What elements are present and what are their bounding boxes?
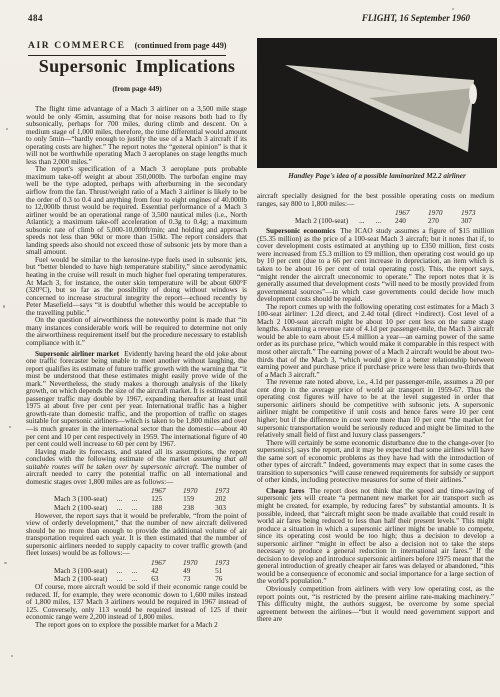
row-label-cell: Mach 3 (100-seat) ... ... (54, 495, 151, 503)
value-cell: 202 (215, 495, 247, 503)
row-label: Mach 3 (100-seat) (54, 495, 107, 503)
section-header: AIR COMMERCE (continued from page 449) (28, 35, 226, 56)
row-label-cell: Mach 2 (100-seat) ... ... (54, 504, 151, 512)
scan-speckle (11, 655, 13, 657)
table-row: Mach 3 (100-seat) ... ... 125 159 202 (54, 495, 247, 503)
aircraft-market-table-1: 1967 1970 1973 Mach 3 (100-seat) ... ...… (26, 487, 247, 511)
value-cell: 42 (151, 567, 183, 575)
para-forecasts: Having made its forecasts, and stated al… (26, 449, 247, 487)
row-label-cell: Mach 2 (100-seat) ... ... (295, 217, 395, 225)
para-rate-making: Obviously competition from airliners wit… (257, 586, 494, 624)
value-cell: 188 (151, 504, 183, 512)
para-orderly-development: However, the report says that it would b… (26, 513, 247, 558)
table-year-header: 1967 1970 1973 (54, 559, 247, 567)
leader-dots: ... (117, 575, 122, 583)
table-spacer (54, 487, 151, 495)
magazine-page: 484 FLIGHT, 16 September 1960 AIR COMMER… (0, 0, 500, 697)
year-label: 1970 (183, 559, 215, 567)
leader-dots: ... (117, 495, 122, 503)
value-cell: 303 (215, 504, 247, 512)
row-label: Mach 2 (100-seat) (54, 504, 107, 512)
scan-speckle (4, 562, 7, 564)
year-label: 1973 (215, 559, 247, 567)
leader-dots: ... (359, 217, 364, 225)
value-cell: 240 (395, 217, 428, 225)
left-column: The flight time advantage of a Mach 3 ai… (26, 106, 247, 629)
para-fuel: Fuel would be similar to the kerosine-ty… (26, 257, 247, 317)
table-row: Mach 3 (100-seat) ... ... 42 49 51 (54, 567, 247, 575)
table-year-header: 1967 1970 1973 (295, 209, 494, 217)
scan-speckle (3, 305, 5, 308)
right-column: aircraft specially designed for the best… (257, 193, 494, 624)
year-label: 1973 (461, 209, 494, 217)
running-head: 484 FLIGHT, 16 September 1960 (28, 13, 470, 23)
row-label: Mach 2 (100-seat) (54, 575, 107, 583)
table-year-header: 1967 1970 1973 (54, 487, 247, 495)
leader-dots: ... (117, 504, 122, 512)
table-spacer (295, 209, 395, 217)
para-text: Evidently having heard the old joke abou… (26, 350, 247, 449)
table-row: Mach 2 (100-seat) ... ... 63 73 76 (54, 575, 247, 583)
year-label: 1970 (183, 487, 215, 495)
leader-dots: ... (376, 217, 381, 225)
value-cell: 159 (183, 495, 215, 503)
value-cell: 307 (461, 217, 494, 225)
year-label: 1970 (428, 209, 461, 217)
value-cell: 49 (183, 567, 215, 575)
para-operating-cost-estimates: The report comes up with the following o… (257, 304, 494, 379)
table-spacer (54, 559, 151, 567)
para-flight-time: The flight time advantage of a Mach 3 ai… (26, 106, 247, 166)
para-cheap-fares: Cheap faresThe report does not think tha… (257, 488, 494, 586)
row-label-cell: Mach 3 (100-seat) ... ... (54, 567, 151, 575)
para-medium-ranges: aircraft specially designed for the best… (257, 193, 494, 208)
leader-dots: ... (132, 575, 137, 583)
leader-dots: ... (132, 504, 137, 512)
scan-speckle (6, 128, 8, 130)
value-cell: 270 (428, 217, 461, 225)
scan-speckle (452, 8, 454, 10)
para-supersonic-airliner-market: Supersonic airliner marketEvidently havi… (26, 351, 247, 449)
leader-dots: ... (117, 567, 122, 575)
para-text: The ICAO study assumes a figure of $15 m… (257, 227, 494, 303)
para-airworthiness: On the question of airworthiness the not… (26, 317, 247, 347)
year-label: 1973 (215, 487, 247, 495)
para-continuation-lead: The report goes on to explore the possib… (26, 622, 247, 630)
year-label: 1967 (395, 209, 428, 217)
article-subtitle: (from page 449) (26, 84, 248, 93)
para-revenue-rate: The revenue rate noted above, i.e., 4.1d… (257, 379, 494, 439)
page-number: 484 (28, 13, 43, 23)
row-label: Mach 3 (100-seat) (54, 567, 107, 575)
journal-date: FLIGHT, 16 September 1960 (362, 13, 470, 23)
leader-dots: ... (132, 567, 137, 575)
aircraft-market-table-3: 1967 1970 1973 Mach 2 (100-seat) ... ...… (257, 209, 494, 225)
para-economic-range: Of course, more aircraft would be sold i… (26, 584, 247, 622)
table-row: Mach 2 (100-seat) ... ... 188 238 303 (54, 504, 247, 512)
aircraft-photo (257, 38, 497, 168)
row-label-cell: Mach 2 (100-seat) ... ... (54, 575, 151, 583)
scan-speckle (9, 426, 11, 428)
article-title: Supersonic Implications (26, 56, 248, 77)
value-cell: 76 (215, 575, 247, 583)
aircraft-market-table-2: 1967 1970 1973 Mach 3 (100-seat) ... ...… (26, 559, 247, 583)
section-title: AIR COMMERCE (28, 41, 126, 51)
para-supersonic-economics: Supersonic economicsThe ICAO study assum… (257, 228, 494, 303)
table-row: Mach 2 (100-seat) ... ... 240 270 307 (295, 217, 494, 225)
value-cell: 125 (151, 495, 183, 503)
leader-dots: ... (132, 495, 137, 503)
value-cell: 63 (151, 575, 183, 583)
delta-airliner-illustration (257, 38, 497, 168)
row-label: Mach 2 (100-seat) (295, 217, 348, 225)
section-continuation: (continued from page 449) (135, 41, 227, 50)
year-label: 1967 (151, 559, 183, 567)
value-cell: 73 (183, 575, 215, 583)
para-specification: The report's specification of a Mach 3 a… (26, 166, 247, 257)
year-label: 1967 (151, 487, 183, 495)
value-cell: 51 (215, 567, 247, 575)
para-economic-disturbance: There will certainly be some economic di… (257, 440, 494, 485)
value-cell: 238 (183, 504, 215, 512)
photo-caption: Handley Page's idea of a possible lamina… (257, 172, 497, 180)
para-text: The report does not think that the speed… (257, 487, 494, 586)
